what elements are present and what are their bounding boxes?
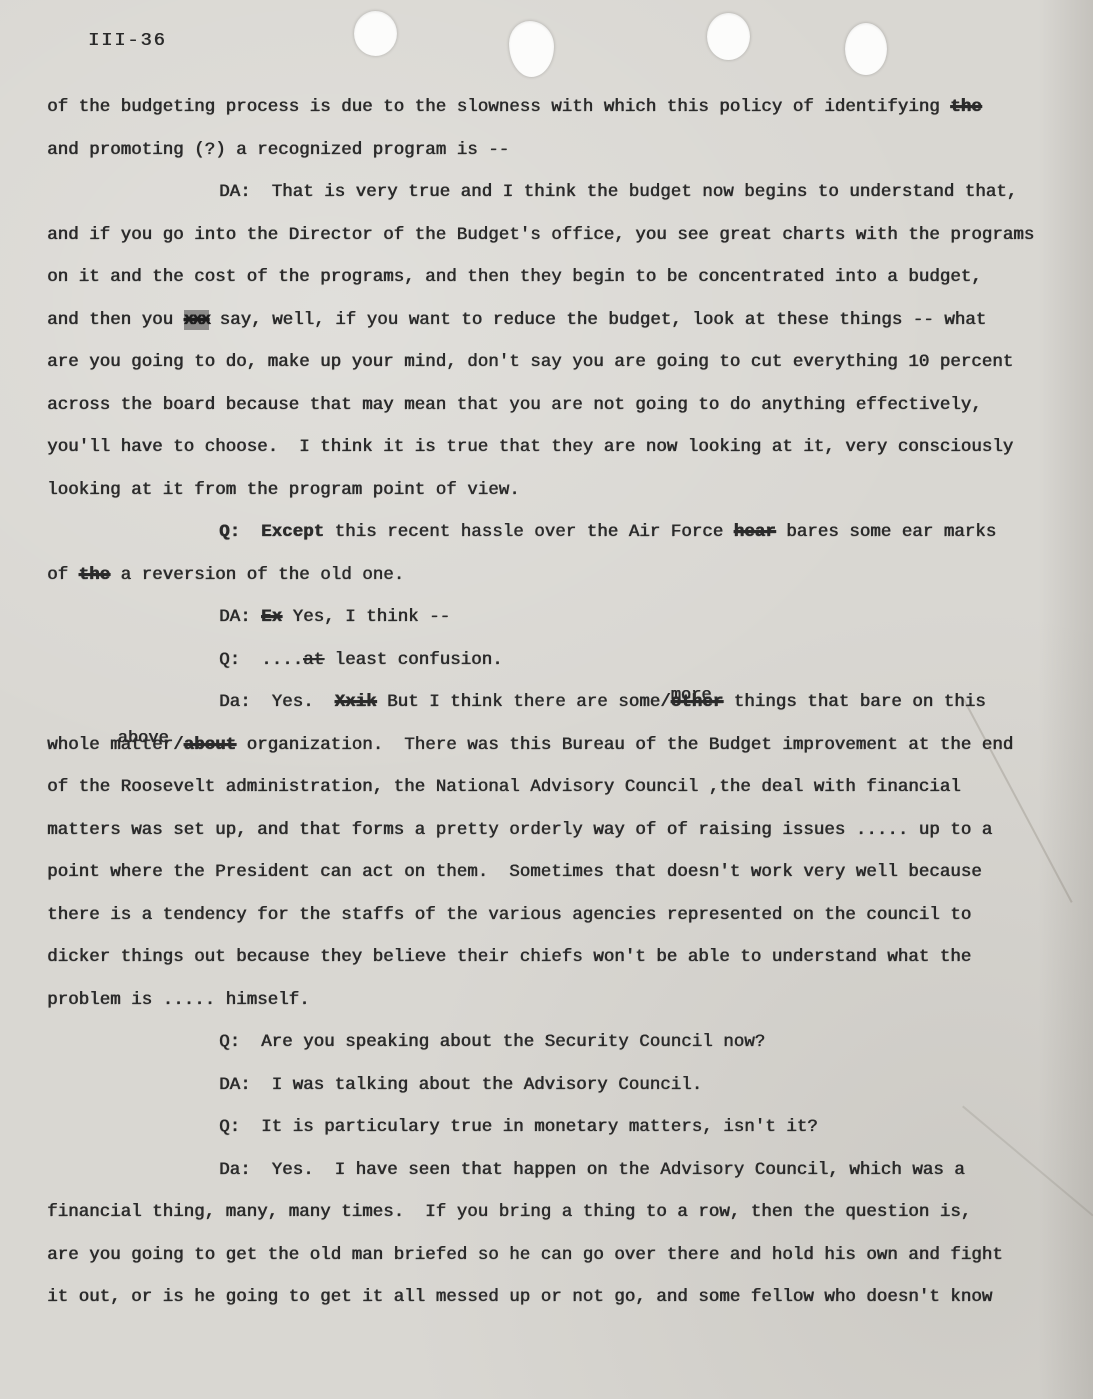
typed-text: things that bare on this — [723, 692, 986, 712]
text-line: looking at it from the program point of … — [47, 469, 1057, 512]
typed-text: a reversion of the old one. — [110, 565, 404, 585]
typed-text: across the board because that may mean t… — [47, 395, 982, 415]
typed-text: of the budgeting process is due to the s… — [47, 97, 950, 117]
typed-text — [240, 522, 261, 542]
struck-text: Xxik — [335, 692, 377, 712]
typed-text: DA: — [219, 607, 261, 627]
text-line: dicker things out because they believe t… — [47, 936, 1057, 979]
struck-text: xxx — [184, 310, 210, 330]
text-line: problem is ..... himself. — [47, 979, 1057, 1022]
typed-text: Q: It is particulary true in monetary ma… — [219, 1117, 818, 1137]
page-text: of the budgeting process is due to the s… — [47, 86, 1057, 1319]
text-line: and then you xxx say, well, if you want … — [47, 299, 1057, 342]
typed-text: dicker things out because they believe t… — [47, 947, 971, 967]
text-line: point where the President can act on the… — [47, 851, 1057, 894]
typed-text: organization. There was this Bureau of t… — [236, 735, 1013, 755]
struck-text: at — [303, 650, 324, 670]
text-line: on it and the cost of the programs, and … — [47, 256, 1057, 299]
scanned-typescript-page: III-36 of the budgeting process is due t… — [0, 0, 1093, 1399]
correction-group: moreother — [671, 692, 724, 712]
typed-text: say, well, if you want to reduce the bud… — [209, 310, 986, 330]
typed-text: financial thing, many, many times. If yo… — [47, 1202, 971, 1222]
text-line: are you going to get the old man briefed… — [47, 1234, 1057, 1277]
text-line: Da: Yes. Xxik But I think there are some… — [47, 681, 1057, 724]
typed-text: problem is ..... himself. — [47, 990, 310, 1010]
text-line: Q: Except this recent hassle over the Ai… — [47, 511, 1057, 554]
struck-text: Ex — [261, 607, 282, 627]
typed-text: looking at it from the program point of … — [47, 480, 520, 500]
punch-hole — [707, 13, 750, 60]
text-line: are you going to do, make up your mind, … — [47, 341, 1057, 384]
text-line: there is a tendency for the staffs of th… — [47, 894, 1057, 937]
typed-text: matters was set up, and that forms a pre… — [47, 820, 992, 840]
text-line: DA: That is very true and I think the bu… — [47, 171, 1057, 214]
text-line: matters was set up, and that forms a pre… — [47, 809, 1057, 852]
text-line: of the budgeting process is due to the s… — [47, 86, 1057, 129]
correction-group: aboveabout — [184, 735, 237, 755]
typed-text: of — [47, 565, 79, 585]
typed-text: Q: Are you speaking about the Security C… — [219, 1032, 765, 1052]
struck-text: Except — [261, 522, 324, 542]
typed-text: are you going to get the old man briefed… — [47, 1245, 1003, 1265]
text-line: you'll have to choose. I think it is tru… — [47, 426, 1057, 469]
typed-text: you'll have to choose. I think it is tru… — [47, 437, 1013, 457]
punch-hole — [354, 11, 397, 56]
struck-text: the — [79, 565, 111, 585]
text-line: of the a reversion of the old one. — [47, 554, 1057, 597]
typed-text: and if you go into the Director of the B… — [47, 225, 1034, 245]
struck-text: the — [950, 97, 982, 117]
typed-text: Yes, I think -- — [282, 607, 450, 627]
typed-text: it out, or is he going to get it all mes… — [47, 1287, 992, 1307]
typed-text: But I think there are some/ — [377, 692, 671, 712]
typed-text: are you going to do, make up your mind, … — [47, 352, 1013, 372]
typed-text: least confusion. — [324, 650, 503, 670]
typed-text: bares some ear marks — [776, 522, 997, 542]
struck-text: about — [184, 735, 237, 755]
text-line: of the Roosevelt administration, the Nat… — [47, 766, 1057, 809]
typed-text: Q: .... — [219, 650, 303, 670]
typed-text: DA: That is very true and I think the bu… — [219, 182, 1017, 202]
punch-hole — [509, 21, 554, 77]
page-number: III-36 — [88, 30, 167, 51]
text-line: it out, or is he going to get it all mes… — [47, 1276, 1057, 1319]
text-line: whole matter/aboveabout organization. Th… — [47, 724, 1057, 767]
typed-text: on it and the cost of the programs, and … — [47, 267, 982, 287]
typed-text: this recent hassle over the Air Force — [324, 522, 734, 542]
text-line: across the board because that may mean t… — [47, 384, 1057, 427]
typed-insertion: more — [671, 675, 712, 718]
struck-text: Q: — [219, 522, 240, 542]
text-line: DA: I was talking about the Advisory Cou… — [47, 1064, 1057, 1107]
text-line: Q: ....at least confusion. — [47, 639, 1057, 682]
text-line: and promoting (?) a recognized program i… — [47, 129, 1057, 172]
typed-text: and then you — [47, 310, 184, 330]
text-line: financial thing, many, many times. If yo… — [47, 1191, 1057, 1234]
text-line: Da: Yes. I have seen that happen on the … — [47, 1149, 1057, 1192]
typed-text: there is a tendency for the staffs of th… — [47, 905, 971, 925]
typed-text: Da: Yes. — [219, 692, 335, 712]
punch-hole — [845, 23, 887, 75]
struck-text: hear — [734, 522, 776, 542]
text-line: Q: Are you speaking about the Security C… — [47, 1021, 1057, 1064]
typed-text: and promoting (?) a recognized program i… — [47, 140, 509, 160]
text-line: Q: It is particulary true in monetary ma… — [47, 1106, 1057, 1149]
typed-text: of the Roosevelt administration, the Nat… — [47, 777, 961, 797]
typed-text: Da: Yes. I have seen that happen on the … — [219, 1160, 965, 1180]
text-line: and if you go into the Director of the B… — [47, 214, 1057, 257]
text-line: DA: Ex Yes, I think -- — [47, 596, 1057, 639]
typed-text: DA: I was talking about the Advisory Cou… — [219, 1075, 702, 1095]
typed-insertion: above — [118, 718, 169, 761]
typed-text: point where the President can act on the… — [47, 862, 982, 882]
